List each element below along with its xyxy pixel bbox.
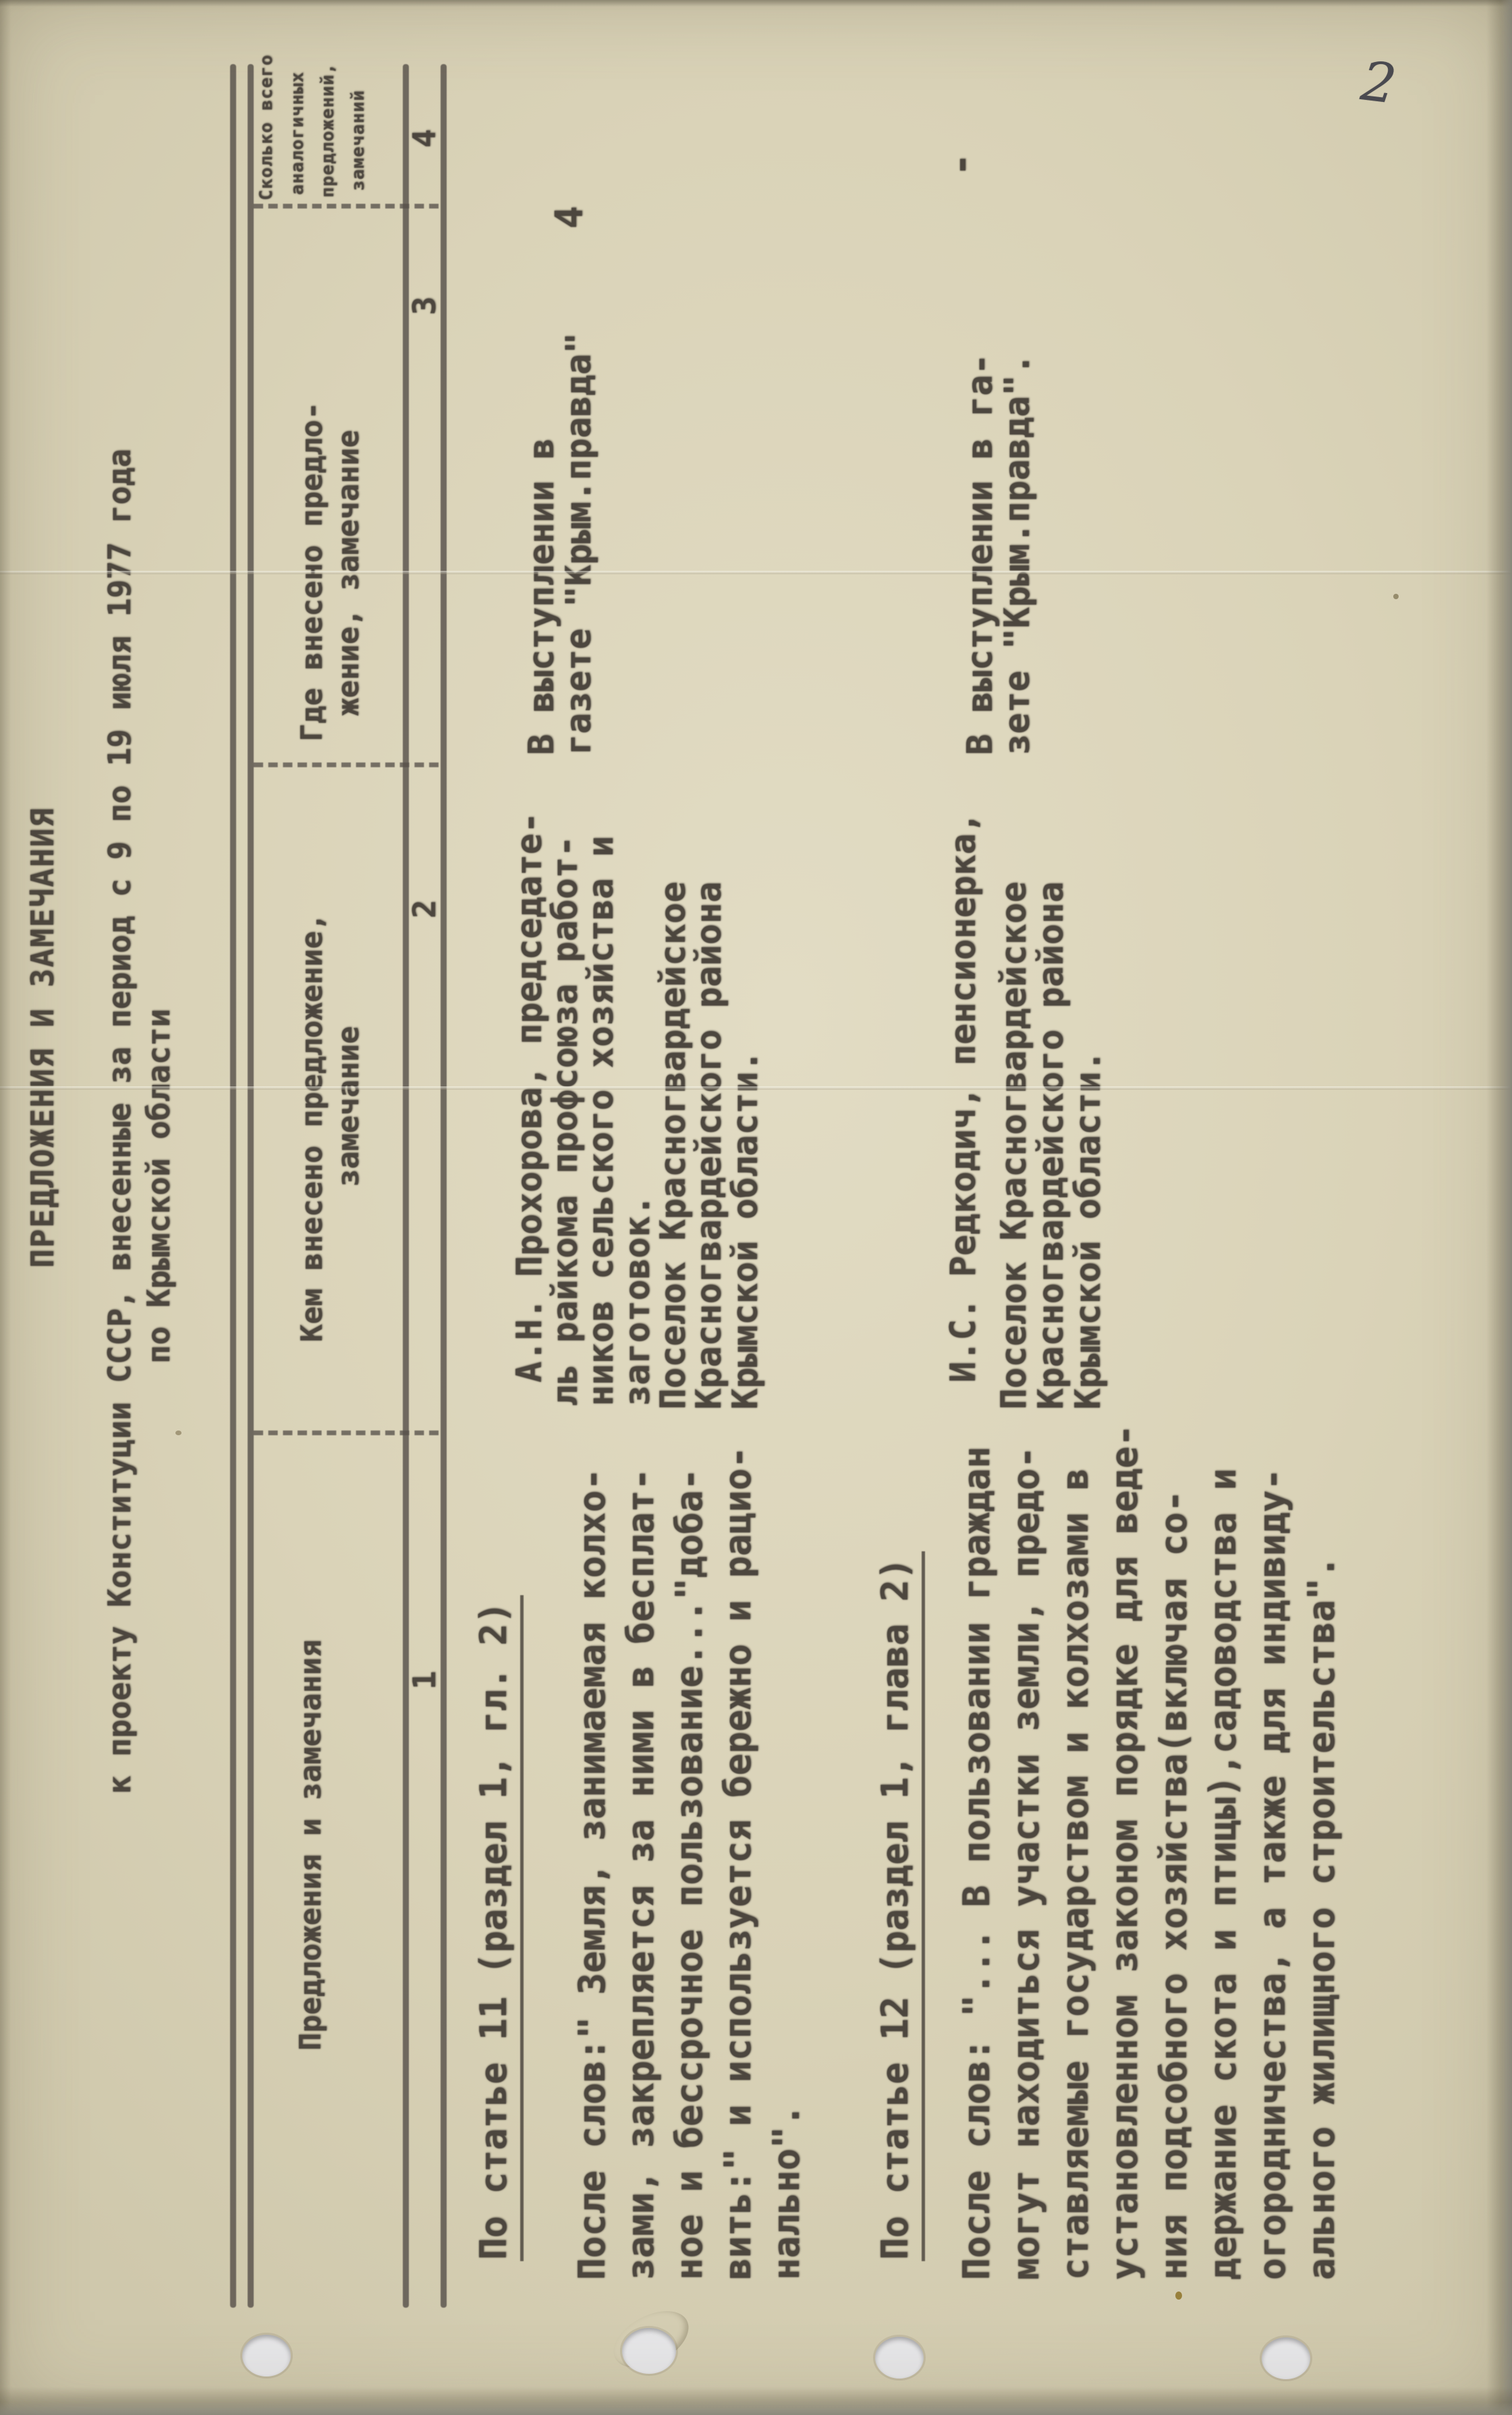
- row2-article-heading: По статье 12 (раздел 1, глава 2): [874, 1551, 925, 2261]
- page-edge-bottom: [0, 2387, 1512, 2415]
- row1-where-line: газете "Крым.правда": [560, 333, 598, 755]
- page-edge-left: [0, 0, 11, 2415]
- document-subtitle: к проекту Конституции СССР, внесенные за…: [101, 449, 138, 1794]
- col4-header-line2: аналогичных: [287, 72, 308, 195]
- row1-author-line: заготовок.: [619, 1195, 656, 1406]
- col3-number: 3: [406, 296, 443, 315]
- column-separator-2-3: [254, 762, 439, 767]
- document-title: ПРЕДЛОЖЕНИЯ И ЗАМЕЧАНИЯ: [24, 807, 61, 1268]
- row2-proposal-line: ставляемые государством и колхозами в: [1055, 1468, 1096, 2280]
- row2-proposal-line: После слов: "... В пользовании граждан: [957, 1447, 997, 2280]
- column-separator-1-2: [254, 1431, 439, 1435]
- row1-author-line: Красногвардейского района: [690, 881, 728, 1410]
- col4-header-line1: Сколько всего: [256, 55, 277, 201]
- col3-header-line2: жение, замечание: [332, 430, 366, 716]
- table-top-rule-outer: [230, 64, 236, 2308]
- row1-author-line: Крымской области.: [727, 1051, 764, 1410]
- row2-count: -: [939, 153, 983, 176]
- col4-number: 4: [406, 129, 443, 148]
- row1-proposal-line: нально".: [766, 2105, 807, 2280]
- row1-proposal-line: вить:" и используется бережно и рацио-: [718, 1447, 758, 2280]
- document-subtitle-region: по Крымской области: [140, 1009, 177, 1364]
- table-header-rule: [403, 64, 409, 2308]
- row2-author-line: Поселок Красногвардейское: [995, 881, 1033, 1410]
- row1-proposal-line: ное и бессрочное пользование..."доба-: [669, 1468, 710, 2280]
- row1-proposal-line: зами, закрепляется за ними в бесплат-: [621, 1468, 661, 2280]
- row2-proposal-line: могут находиться участки земли, предо-: [1006, 1447, 1046, 2280]
- table-numbers-rule: [441, 64, 447, 2308]
- row1-author-line: ль райкома профсоюза работ-: [547, 836, 584, 1406]
- col2-header-line1: Кем внесено предложение,: [296, 913, 329, 1342]
- row2-where-line: зете "Крым.правда".: [999, 354, 1036, 755]
- row1-where-line: В выступлении в: [523, 438, 561, 755]
- row2-proposal-line: установленном законом порядке для веде-: [1104, 1424, 1145, 2280]
- page-edge-right: [1486, 0, 1512, 2415]
- column-separator-3-4: [254, 204, 439, 209]
- punch-hole: [242, 2335, 291, 2377]
- row2-proposal-line: огородничества, а также для индивиду-: [1252, 1468, 1293, 2280]
- punch-hole: [1262, 2337, 1310, 2379]
- page-edge-top: [0, 0, 1512, 7]
- row1-author-line: А.Н. Прохорова, председате-: [511, 812, 549, 1383]
- punch-hole: [875, 2337, 924, 2379]
- row2-author-line: И.С. Редкодич, пенсионерка,: [945, 812, 982, 1383]
- scanned-document-page: ПРЕДЛОЖЕНИЯ И ЗАМЕЧАНИЯ к проекту Консти…: [0, 0, 1512, 2415]
- row1-author-line: Поселок Красногвардейское: [654, 881, 692, 1410]
- row2-proposal-line: держание скота и птицы),садоводства и: [1203, 1468, 1243, 2280]
- col4-header-line4: замечаний: [348, 90, 368, 191]
- col2-number: 2: [406, 899, 443, 918]
- col2-header-line2: замечание: [332, 1026, 366, 1187]
- row1-author-line: ников сельского хозяйства и: [582, 836, 620, 1406]
- row1-article-heading: По статье 11 (раздел 1, гл. 2): [472, 1595, 524, 2261]
- col1-number: 1: [406, 1671, 443, 1690]
- row1-proposal-line: После слов:" Земля, занимаемая колхо-: [572, 1468, 613, 2280]
- row2-author-line: Крымской области.: [1069, 1051, 1107, 1410]
- rotated-document-content: ПРЕДЛОЖЕНИЯ И ЗАМЕЧАНИЯ к проекту Консти…: [0, 0, 1512, 2415]
- col4-header-line3: предложений,: [318, 63, 338, 198]
- punch-hole: [622, 2328, 676, 2374]
- row2-author-line: Красногвардейского района: [1032, 881, 1070, 1410]
- row2-proposal-line: ния подсобного хозяйства(включая со-: [1154, 1491, 1194, 2280]
- row1-count: 4: [548, 206, 592, 229]
- row2-proposal-line: ального жилищного строительства".: [1301, 1556, 1342, 2280]
- col3-header-line1: Где внесено предло-: [296, 402, 329, 742]
- table-top-rule-inner: [248, 64, 254, 2308]
- col1-header: Предложения и замечания: [294, 1640, 328, 2051]
- row2-where-line: В выступлении в га-: [961, 354, 999, 755]
